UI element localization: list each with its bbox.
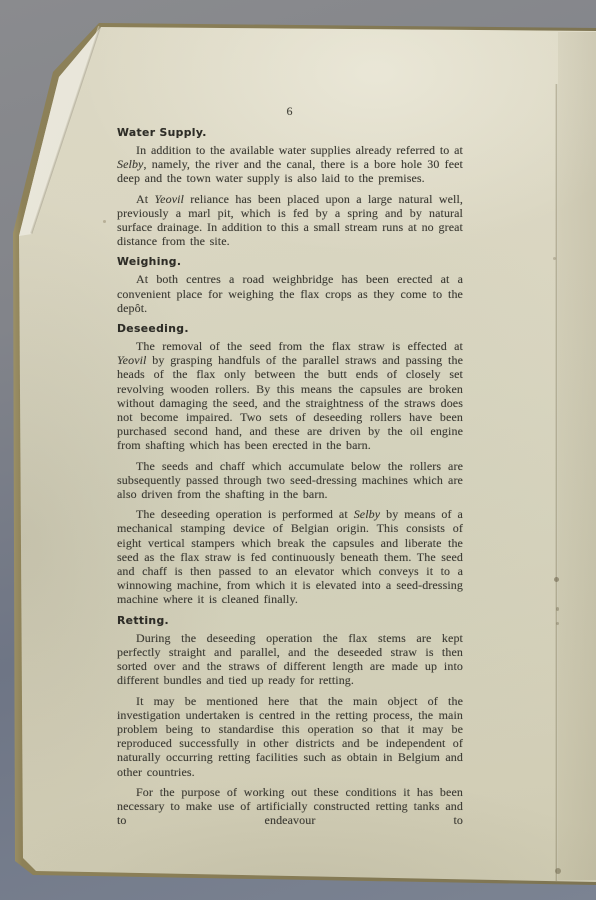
paragraph: At both centres a road weighbridge has b… <box>117 272 463 315</box>
paragraph: For the purpose of working out these con… <box>117 785 463 828</box>
section-heading: Retting. <box>117 614 463 627</box>
right-fold-panel <box>558 32 596 880</box>
section-heading: Water Supply. <box>117 126 463 139</box>
section-heading: Deseeding. <box>117 322 463 335</box>
paragraph: In addition to the available water suppl… <box>117 143 463 186</box>
paper-speck <box>556 607 559 611</box>
paper-speck <box>553 257 556 260</box>
paper-speck <box>554 577 559 582</box>
photo-background: 6 Water Supply.In addition to the availa… <box>0 0 596 900</box>
paragraph: The seeds and chaff which accumulate bel… <box>117 459 463 502</box>
paragraph: The deseeding operation is performed at … <box>117 507 463 606</box>
page-content: Water Supply.In addition to the availabl… <box>117 126 463 827</box>
paper-speck <box>556 622 559 625</box>
paragraph: At Yeovil reliance has been placed upon … <box>117 192 463 249</box>
paragraph: The removal of the seed from the flax st… <box>117 339 463 453</box>
paper-speck <box>103 220 106 223</box>
paragraph: During the deseeding operation the flax … <box>117 631 463 688</box>
section-heading: Weighing. <box>117 255 463 268</box>
page-number: 6 <box>117 104 463 119</box>
right-fold-crease <box>555 84 558 881</box>
paragraph: It may be mentioned here that the main o… <box>117 694 463 779</box>
paper-speck <box>555 868 561 874</box>
page-content-area: 6 Water Supply.In addition to the availa… <box>117 104 463 827</box>
